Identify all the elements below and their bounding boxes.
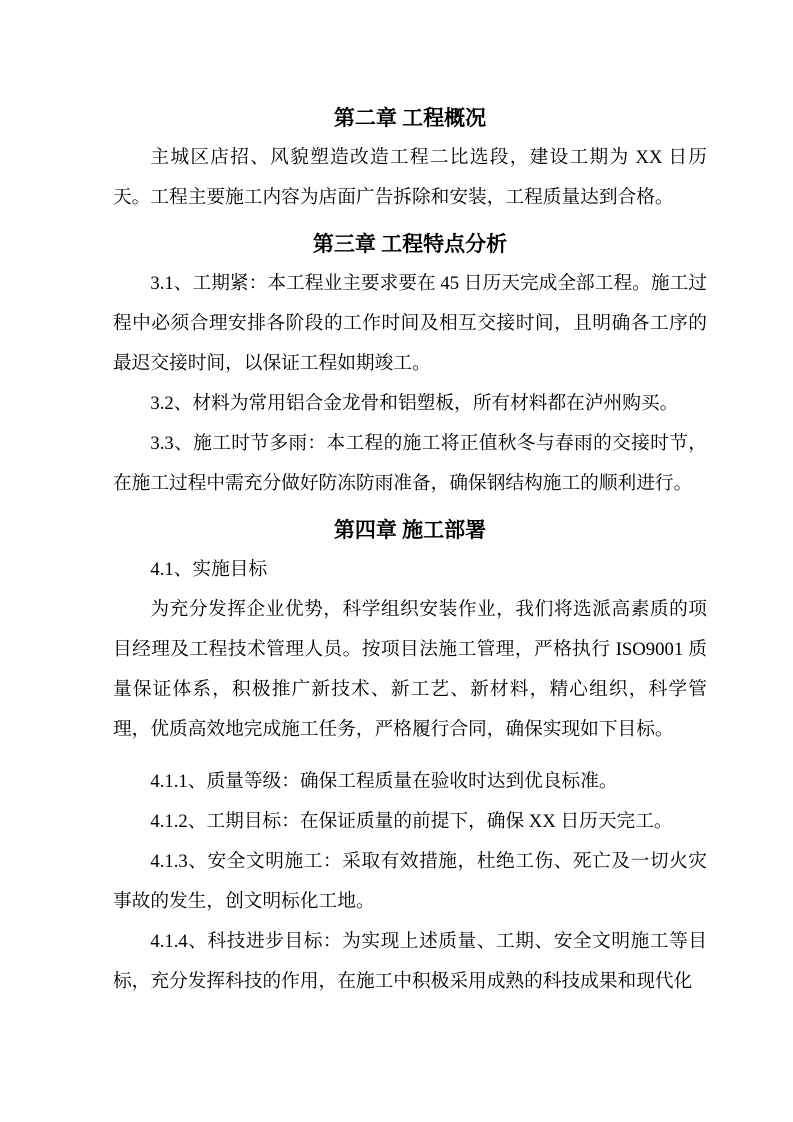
paragraph-4-1-2-schedule-goal: 4.1.2、工期目标：在保证质量的前提下，确保 XX 日历天完工。 [113,802,707,842]
paragraph-4-1-1-quality: 4.1.1、质量等级：确保工程质量在验收时达到优良标准。 [113,762,707,802]
paragraph-project-overview: 主城区店招、风貌塑造改造工程二比选段，建设工期为 XX 日历天。工程主要施工内容… [113,138,707,218]
chapter-4-heading: 第四章 施工部署 [113,510,707,550]
paragraph-4-1-4-technology: 4.1.4、科技进步目标：为实现上述质量、工期、安全文明施工等目标，充分发挥科技… [113,922,707,1002]
paragraph-4-1-objectives-heading: 4.1、实施目标 [113,550,707,590]
paragraph-4-1-3-safety: 4.1.3、安全文明施工：采取有效措施，杜绝工伤、死亡及一切火灾事故的发生，创文… [113,842,707,922]
chapter-2-heading: 第二章 工程概况 [113,98,707,138]
paragraph-4-1-objectives-intro: 为充分发挥企业优势，科学组织安装作业，我们将选派高素质的项目经理及工程技术管理人… [113,590,707,750]
paragraph-3-1-schedule: 3.1、工期紧：本工程业主要求要在 45 日历天完成全部工程。施工过程中必须合理… [113,264,707,384]
paragraph-3-2-materials: 3.2、材料为常用铝合金龙骨和铝塑板，所有材料都在泸州购买。 [113,384,707,424]
chapter-3-heading: 第三章 工程特点分析 [113,224,707,264]
document-page: 第二章 工程概况 主城区店招、风貌塑造改造工程二比选段，建设工期为 XX 日历天… [0,0,793,1122]
paragraph-3-3-weather: 3.3、施工时节多雨：本工程的施工将正值秋冬与春雨的交接时节，在施工过程中需充分… [113,424,707,504]
